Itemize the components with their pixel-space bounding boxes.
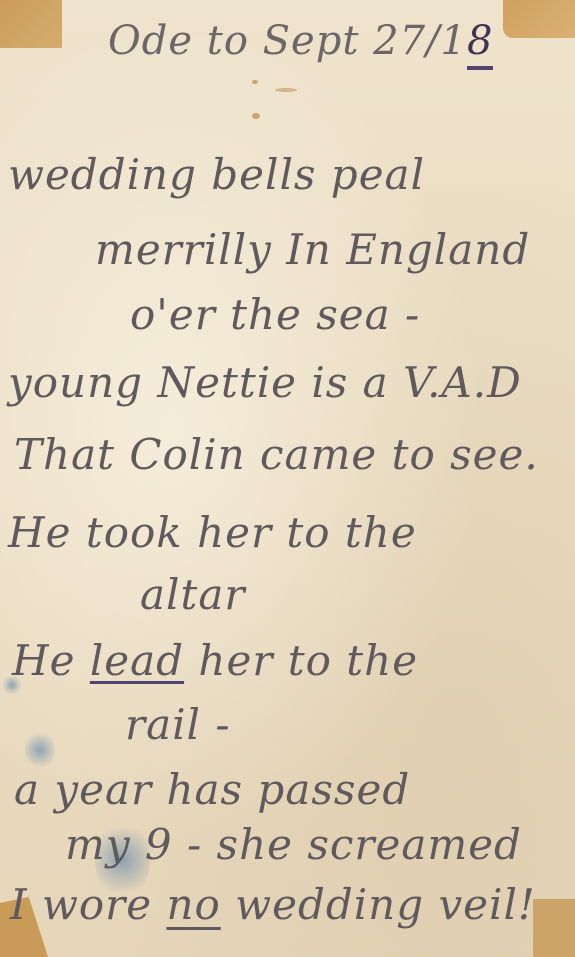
poem-line-3: o'er the sea - xyxy=(130,290,420,339)
poem-line-1: wedding bells peal xyxy=(8,150,425,199)
ink-blot xyxy=(25,730,55,770)
poem-line-11: my 9 - she screamed xyxy=(65,820,522,869)
poem-line-6: He took her to the xyxy=(8,508,417,557)
poem-line-2: merrilly In England xyxy=(95,225,530,274)
document-page: Ode to Sept 27/18 wedding bells peal mer… xyxy=(0,0,575,957)
poem-line-10: a year has passed xyxy=(14,765,410,814)
underlined-word: no xyxy=(166,880,220,929)
title-text: Ode to Sept 27/1 xyxy=(108,18,467,64)
line-text: He xyxy=(12,636,90,685)
note-title: Ode to Sept 27/18 xyxy=(108,18,493,64)
tape-bottom-right xyxy=(533,899,575,957)
line-text: wedding veil! xyxy=(221,880,536,929)
poem-line-4: young Nettie is a V.A.D xyxy=(8,358,522,407)
poem-line-9: rail - xyxy=(125,700,231,749)
line-text: her to the xyxy=(184,636,418,685)
paper-stain xyxy=(252,113,260,119)
paper-stain xyxy=(275,88,297,92)
paper-stain xyxy=(252,80,258,84)
poem-line-5: That Colin came to see. xyxy=(14,430,539,479)
title-year-underlined: 8 xyxy=(467,18,493,70)
tape-top-left xyxy=(0,0,62,48)
poem-line-12: I wore no wedding veil! xyxy=(10,880,536,929)
underlined-word: lead xyxy=(90,636,184,685)
tape-top-right xyxy=(503,0,575,38)
line-text: I wore xyxy=(10,880,166,929)
poem-line-8: He lead her to the xyxy=(12,636,418,685)
poem-line-7: altar xyxy=(140,570,245,619)
